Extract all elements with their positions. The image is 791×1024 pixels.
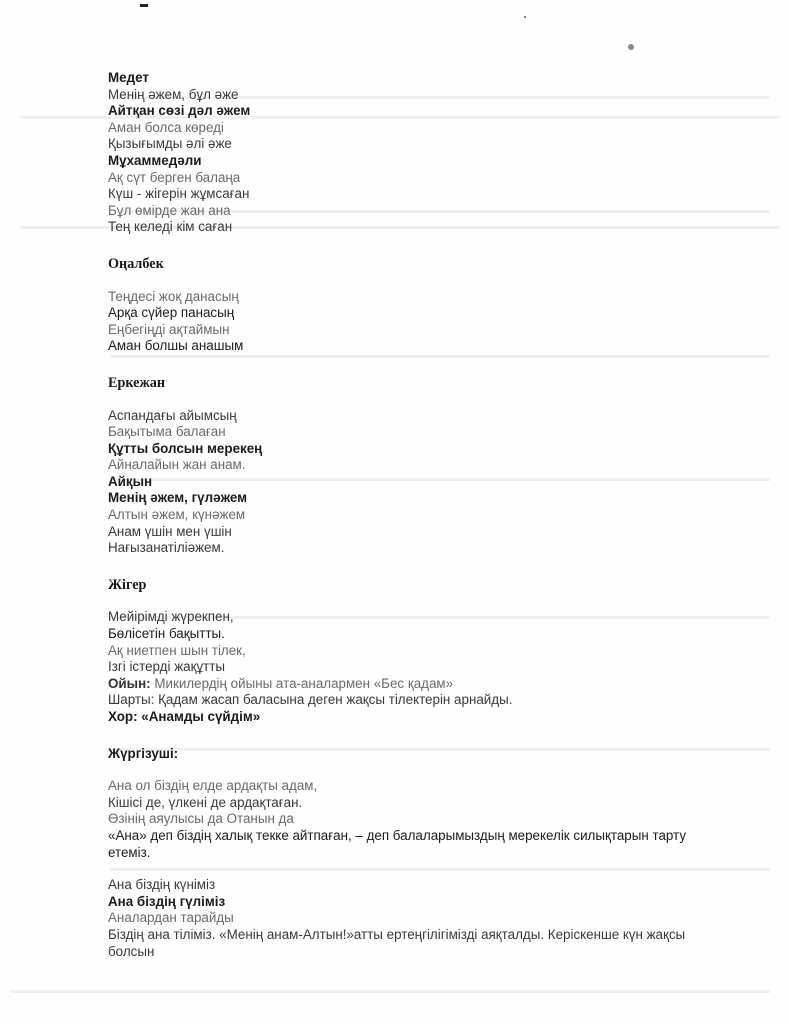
poem-line: Ізгі істерді жақұтты	[108, 659, 728, 676]
poem-line: Күш - жігерін жұмсаған	[108, 186, 728, 203]
speaker-heading: Еркежан	[108, 375, 728, 392]
game-label: Ойын:	[108, 676, 151, 691]
poem-line: Ақ ниетпен шын тілек,	[108, 643, 728, 660]
poem-line: Айналайын жан анам.	[108, 457, 728, 474]
closing-line: Ана біздің күніміз	[108, 877, 728, 894]
choir-line: Хор: «Анамды сүйдім»	[108, 709, 728, 726]
host-line: Ана ол біздің елде ардақты адам,	[108, 778, 728, 795]
scan-speck	[524, 16, 526, 18]
poem-line: Қызығымды әлі әже	[108, 136, 728, 153]
poem-line: Құтты болсын мерекең	[108, 441, 728, 458]
poem-line: Аспандағы айымсың	[108, 408, 728, 425]
game-text: Микилердің ойыны ата-аналармен «Бес қада…	[151, 676, 453, 691]
scan-speck	[628, 44, 634, 50]
speaker-heading: Оңалбек	[108, 256, 728, 273]
poem-line: Менің әжем, гүләжем	[108, 490, 728, 507]
host-label: Жүргізуші:	[108, 746, 728, 763]
poem-line: Ақ сүт берген балаңа	[108, 170, 728, 187]
rules-label: Шарты:	[108, 692, 154, 707]
document-body: Медет Менің әжем, бұл әже Айтқан сөзі дә…	[108, 70, 728, 960]
closing-line: Біздің ана тіліміз. «Менің анам-Алтын!»а…	[108, 927, 708, 960]
poem-line: Бөлісетін бақытты.	[108, 626, 728, 643]
poem-line: Тең келеді кім саған	[108, 219, 728, 236]
poem-line: Теңдесі жоқ данасың	[108, 289, 728, 306]
poem-line: Арқа сүйер панасың	[108, 305, 728, 322]
poem-line: Мейірімді жүрекпен,	[108, 609, 728, 626]
closing-line: Ана біздің гүліміз	[108, 894, 728, 911]
closing-line: Аналардан тарайды	[108, 910, 728, 927]
host-line: Өзінің аяулысы да Отанын да	[108, 811, 728, 828]
poem-line: Нағызанатіліәжем.	[108, 540, 728, 557]
scan-streak	[10, 990, 770, 993]
poem-line: Бақытыма балаған	[108, 424, 728, 441]
host-line: «Ана» деп біздің халық текке айтпаған, –…	[108, 828, 718, 861]
rules-text: Қадам жасап баласына деген жақсы тілекте…	[154, 692, 512, 707]
poem-line: Аман болшы анашым	[108, 338, 728, 355]
speaker-name: Мұхаммедәли	[108, 153, 728, 170]
speaker-name: Медет	[108, 70, 728, 87]
poem-line: Менің әжем, бұл әже	[108, 87, 728, 104]
speaker-name: Айқын	[108, 474, 728, 491]
poem-line: Анам үшін мен үшін	[108, 524, 728, 541]
host-line: Кішісі де, үлкені де ардақтаған.	[108, 795, 728, 812]
scanned-page: Медет Менің әжем, бұл әже Айтқан сөзі дә…	[0, 0, 791, 1024]
poem-line: Бұл өмірде жан ана	[108, 203, 728, 220]
speaker-heading: Жігер	[108, 577, 728, 594]
poem-line: Еңбегіңді ақтаймын	[108, 322, 728, 339]
rules-line: Шарты: Қадам жасап баласына деген жақсы …	[108, 692, 728, 709]
poem-line: Айтқан сөзі дәл әжем	[108, 103, 728, 120]
scan-mark	[140, 4, 148, 7]
poem-line: Алтын әжем, күнәжем	[108, 507, 728, 524]
game-line: Ойын: Микилердің ойыны ата-аналармен «Бе…	[108, 676, 728, 693]
poem-line: Аман болса көреді	[108, 120, 728, 137]
